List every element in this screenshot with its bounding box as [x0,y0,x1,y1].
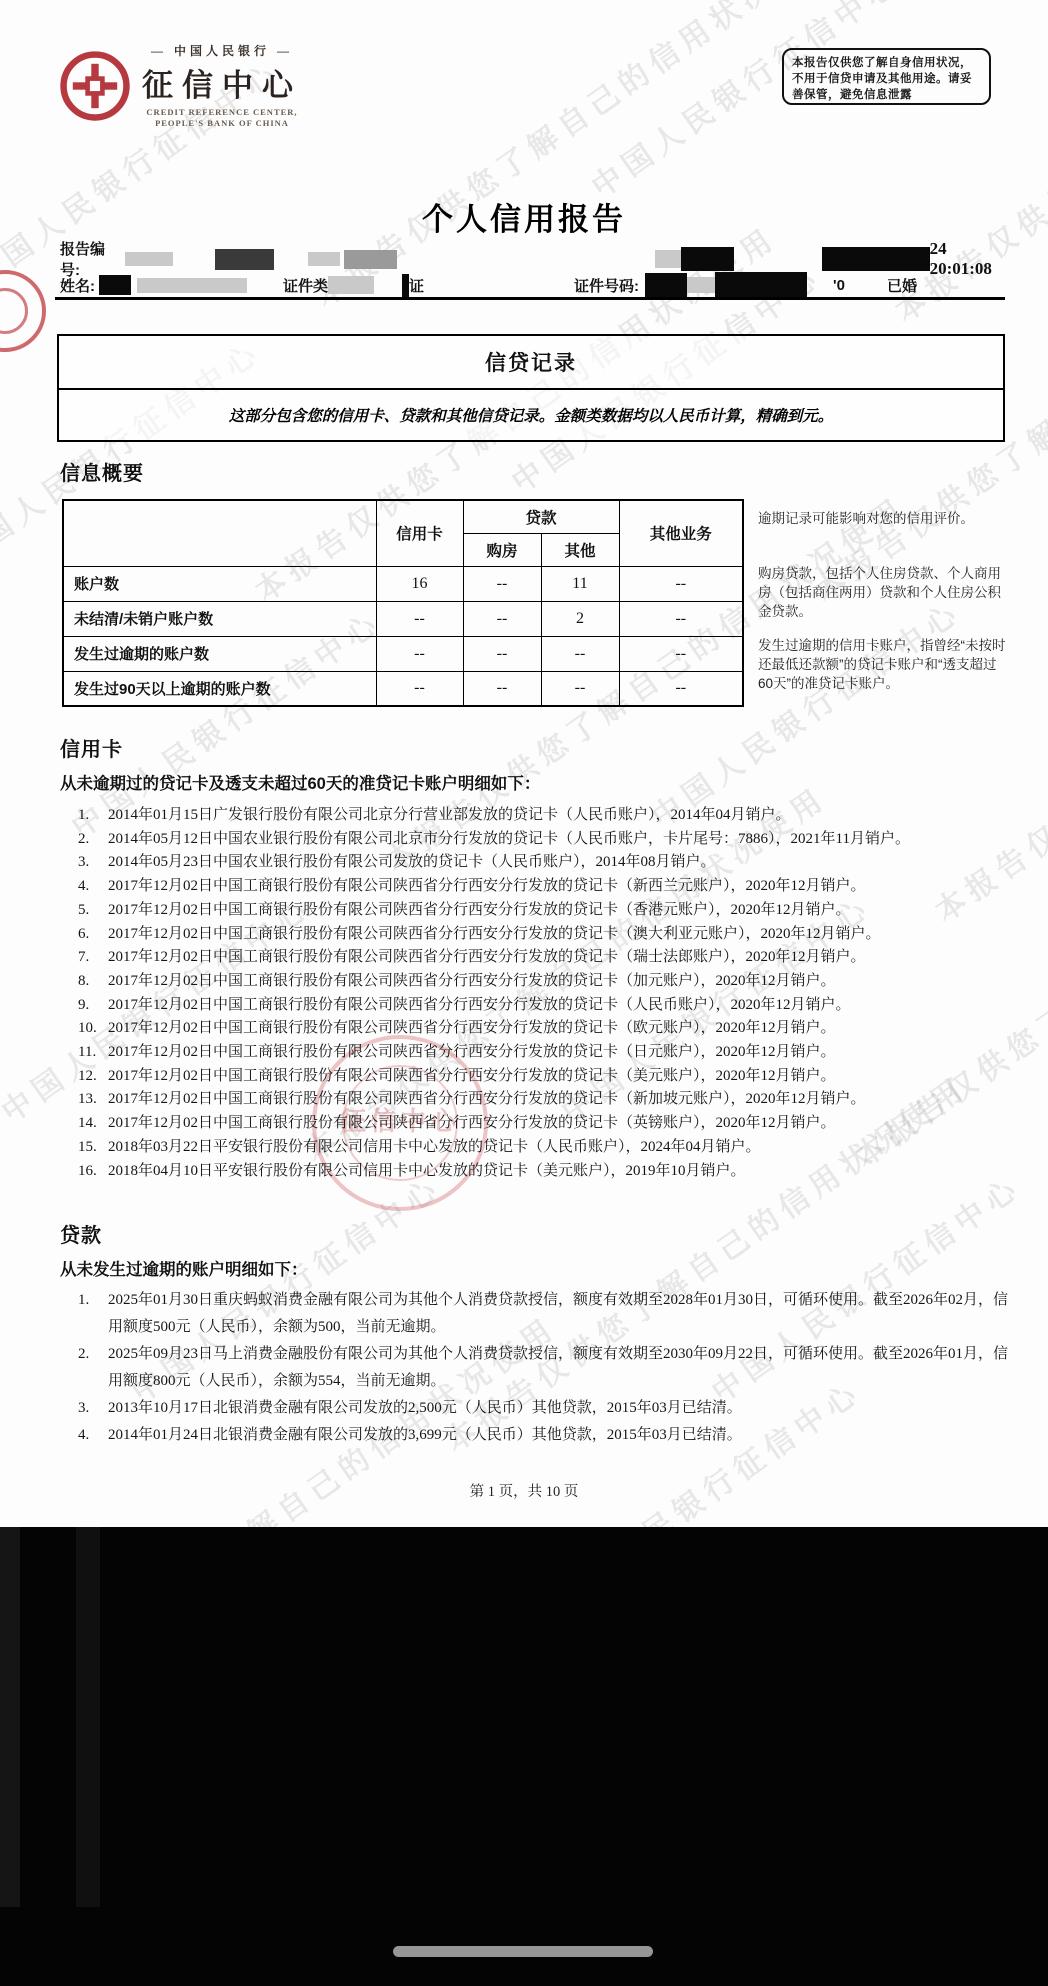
summary-row-label: 发生过90天以上逾期的账户数 [63,671,376,706]
redaction-block [328,276,374,294]
page-number: 第 1 页，共 10 页 [0,1480,1048,1501]
summary-note: 发生过逾期的信用卡账户，指曾经“未按时还最低还款额”的贷记卡账户和“透支超过60… [758,636,1008,693]
summary-row-value: 16 [376,566,463,601]
loan-subheading: 从未发生过逾期的账户明细如下： [60,1256,308,1280]
redaction-block [655,250,681,268]
summary-col-credit-card: 信用卡 [376,500,463,566]
list-item: 2017年12月02日中国工商银行股份有限公司陕西省分行西安分行发放的贷记卡（香… [78,899,1008,923]
summary-row-value: -- [376,671,463,706]
list-item: 2017年12月02日中国工商银行股份有限公司陕西省分行西安分行发放的贷记卡（欧… [78,1017,1008,1041]
summary-col-loan-other: 其他 [541,533,619,566]
list-item: 2025年01月30日重庆蚂蚁消费金融有限公司为其他个人消费贷款授信，额度有效期… [78,1287,1008,1341]
redaction-block [215,249,274,270]
summary-row-value: -- [376,601,463,636]
summary-row-value: 2 [541,601,619,636]
redaction-block [125,252,173,266]
summary-table-row: 发生过逾期的账户数-------- [63,636,743,671]
summary-note: 购房贷款，包括个人住房贷款、个人商用房（包括商住两用）贷款和个人住房公积金贷款。 [758,564,1008,621]
list-item: 2014年05月23日中国农业银行股份有限公司发放的贷记卡（人民币账户），201… [78,851,1008,875]
redaction-block [402,274,409,297]
dark-strip [0,1527,20,1907]
marital-status: 已婚 [887,275,917,296]
summary-row-value: -- [619,601,743,636]
summary-row-value: -- [463,566,541,601]
credit-record-title: 信贷记录 [59,336,1003,390]
summary-col-empty [63,500,376,566]
report-title: 个人信用报告 [0,194,1048,239]
brand-bank-name: — 中国人民银行 — [142,42,302,59]
redaction-block [687,277,715,293]
loan-list: 2025年01月30日重庆蚂蚁消费金融有限公司为其他个人消费贷款授信，额度有效期… [78,1287,1008,1449]
list-item: 2014年01月15日广发银行股份有限公司北京分行营业部发放的贷记卡（人民币账户… [78,804,1008,828]
list-item: 2017年12月02日中国工商银行股份有限公司陕西省分行西安分行发放的贷记卡（新… [78,1088,1008,1112]
pboc-emblem-icon [58,49,132,123]
summary-col-loan-house: 购房 [463,533,541,566]
list-item: 2017年12月02日中国工商银行股份有限公司陕西省分行西安分行发放的贷记卡（日… [78,1041,1008,1065]
credit-record-box: 信贷记录 这部分包含您的信用卡、贷款和其他信贷记录。金额类数据均以人民币计算，精… [57,334,1005,442]
summary-note: 逾期记录可能影响对您的信用评价。 [758,509,1008,528]
summary-table-row: 发生过90天以上逾期的账户数-------- [63,671,743,706]
summary-row-value: -- [619,566,743,601]
redaction-block [822,247,930,271]
loan-heading: 贷款 [60,1219,102,1248]
cert-number-suffix: '0 [833,277,845,294]
summary-table-row: 未结清/未销户账户数----2-- [63,601,743,636]
home-indicator-bar [393,1946,653,1957]
summary-section: 信用卡 贷款 其他业务 购房 其他 账户数16--11--未结清/未销户账户数-… [62,499,1008,707]
list-item: 2017年12月02日中国工商银行股份有限公司陕西省分行西安分行发放的贷记卡（澳… [78,923,1008,947]
list-item: 2017年12月02日中国工商银行股份有限公司陕西省分行西安分行发放的贷记卡（新… [78,875,1008,899]
list-item: 2017年12月02日中国工商银行股份有限公司陕西省分行西安分行发放的贷记卡（人… [78,994,1008,1018]
redaction-block [344,250,397,269]
summary-row-value: -- [463,636,541,671]
credit-card-list: 2014年01月15日广发银行股份有限公司北京分行营业部发放的贷记卡（人民币账户… [78,804,1008,1183]
name-row: 姓名: 证件类 证 证件号码: '0 已婚 [60,272,1006,298]
summary-notes: 逾期记录可能影响对您的信用评价。购房贷款，包括个人住房贷款、个人商用房（包括商住… [758,499,1008,707]
summary-row-label: 未结清/未销户账户数 [63,601,376,636]
summary-row-label: 账户数 [63,566,376,601]
credit-report-page[interactable]: 中国人民银行征信中心本报告仅供您了解自己的信用状况使用中国人民银行征信中心本报告… [0,0,1048,1527]
report-number-row: 报告编号: 24 20:01:08 [60,246,1006,272]
privacy-notice-box: 本报告仅供您了解自身信用状况，不用于信贷申请及其他用途。请妥善保管，避免信息泄露 [782,48,991,105]
list-item: 2025年09月23日马上消费金融股份有限公司为其他个人消费贷款授信，额度有效期… [78,1341,1008,1395]
summary-table-row: 账户数16--11-- [63,566,743,601]
list-item: 2017年12月02日中国工商银行股份有限公司陕西省分行西安分行发放的贷记卡（美… [78,1065,1008,1089]
name-label: 姓名: [60,275,95,296]
report-meta: 报告编号: 24 20:01:08 姓名: 证件类 证 [60,246,1006,298]
list-item: 2014年05月12日中国农业银行股份有限公司北京市分行发放的贷记卡（人民币账户… [78,828,1008,852]
summary-col-loan: 贷款 [463,500,619,533]
list-item: 2017年12月02日中国工商银行股份有限公司陕西省分行西安分行发放的贷记卡（加… [78,970,1008,994]
summary-row-value: -- [463,671,541,706]
summary-row-value: -- [619,671,743,706]
dark-strip [76,1527,100,1907]
summary-row-label: 发生过逾期的账户数 [63,636,376,671]
redaction-block [681,247,734,271]
list-item: 2017年12月02日中国工商银行股份有限公司陕西省分行西安分行发放的贷记卡（英… [78,1112,1008,1136]
credit-record-subtitle: 这部分包含您的信用卡、贷款和其他信贷记录。金额类数据均以人民币计算，精确到元。 [59,390,1003,440]
cert-number-label: 证件号码: [574,275,639,296]
summary-heading: 信息概要 [60,457,144,486]
list-item: 2017年12月02日中国工商银行股份有限公司陕西省分行西安分行发放的贷记卡（瑞… [78,946,1008,970]
summary-row-value: -- [376,636,463,671]
pboc-brand: — 中国人民银行 — 征信中心 CREDIT REFERENCE CENTER,… [58,42,302,129]
cert-type-suffix: 证 [409,275,424,296]
redaction-block [645,273,687,297]
list-item: 2018年03月22日平安银行股份有限公司信用卡中心发放的贷记卡（人民币账户），… [78,1136,1008,1160]
summary-row-value: -- [619,636,743,671]
phone-screen: 中国人民银行征信中心本报告仅供您了解自己的信用状况使用中国人民银行征信中心本报告… [0,0,1048,1986]
redaction-block [137,278,247,293]
summary-row-value: -- [541,671,619,706]
cert-type-fragment: 证件类 [283,275,328,296]
bottom-black-region [0,1527,1048,1986]
summary-row-value: -- [541,636,619,671]
credit-card-heading: 信用卡 [60,733,123,762]
summary-row-value: -- [463,601,541,636]
brand-center-name: 征信中心 [142,60,302,105]
list-item: 2013年10月17日北银消费金融有限公司发放的2,500元（人民币）其他贷款，… [78,1395,1008,1422]
red-seal-left-icon [0,270,46,352]
redaction-block [308,252,341,266]
redaction-block [715,272,807,298]
summary-table: 信用卡 贷款 其他业务 购房 其他 账户数16--11--未结清/未销户账户数-… [62,499,744,707]
list-item: 2014年01月24日北银消费金融有限公司发放的3,699元（人民币）其他贷款，… [78,1422,1008,1449]
credit-card-subheading: 从未逾期过的贷记卡及透支未超过60天的准贷记卡账户明细如下： [60,770,540,794]
summary-col-other-business: 其他业务 [619,500,743,566]
redaction-block [99,275,131,295]
list-item: 2018年04月10日平安银行股份有限公司信用卡中心发放的贷记卡（美元账户），2… [78,1160,1008,1184]
header-divider [55,297,1005,300]
summary-row-value: 11 [541,566,619,601]
brand-english-name: CREDIT REFERENCE CENTER, PEOPLE'S BANK O… [142,107,302,129]
